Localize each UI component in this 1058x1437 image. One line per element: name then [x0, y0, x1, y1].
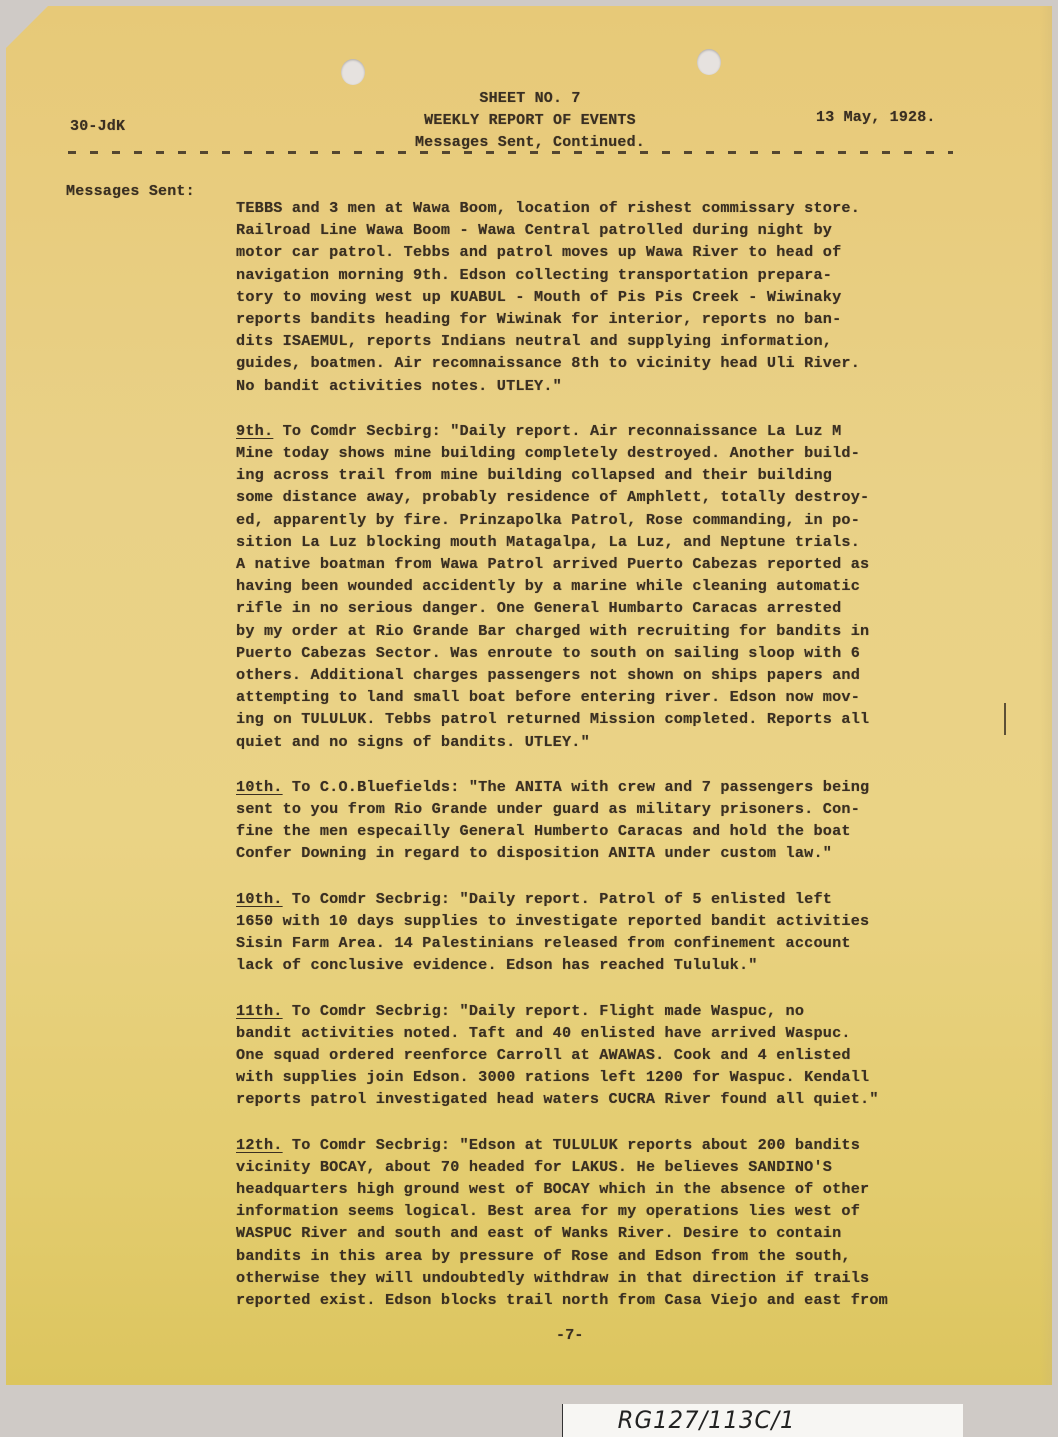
message-paragraph: 10th. To Comdr Secbrig: "Daily report. P… [236, 888, 1026, 977]
section-label: Messages Sent: [66, 183, 195, 200]
message-body: TEBBS and 3 men at Wawa Boom, location o… [236, 197, 1026, 1334]
dashed-divider [68, 151, 953, 154]
message-paragraph: 10th. To C.O.Bluefields: "The ANITA with… [236, 776, 1026, 865]
message-paragraph: TEBBS and 3 men at Wawa Boom, location o… [236, 197, 1026, 397]
document-header: SHEET NO. 7 WEEKLY REPORT OF EVENTS Mess… [320, 88, 740, 154]
message-day: 11th. [236, 1002, 283, 1020]
report-date: 13 May, 1928. [816, 109, 936, 126]
report-title: WEEKLY REPORT OF EVENTS [320, 110, 740, 132]
message-text: To Comdr Secbrig: "Daily report. Patrol … [236, 890, 869, 975]
message-day: 10th. [236, 778, 283, 796]
message-paragraph: 12th. To Comdr Secbrig: "Edson at TULULU… [236, 1134, 1026, 1312]
punch-hole-right [697, 49, 721, 75]
sheet-number: SHEET NO. 7 [320, 88, 740, 110]
page-number: -7- [556, 1327, 584, 1344]
archive-reference: RG127/113C/1 [618, 1406, 796, 1434]
message-text: TEBBS and 3 men at Wawa Boom, location o… [236, 199, 860, 395]
punch-hole-left [341, 59, 365, 85]
message-paragraph: 9th. To Comdr Secbirg: "Daily report. Ai… [236, 420, 1026, 753]
message-text: To C.O.Bluefields: "The ANITA with crew … [236, 778, 869, 863]
sheet-edge-shadow [1040, 6, 1052, 1385]
file-code: 30-JdK [70, 118, 125, 135]
pen-mark [1004, 703, 1006, 735]
message-day: 10th. [236, 890, 283, 908]
message-paragraph: 11th. To Comdr Secbrig: "Daily report. F… [236, 1000, 1026, 1111]
message-day: 9th. [236, 422, 273, 440]
message-text: To Comdr Secbrig: "Edson at TULULUK repo… [236, 1136, 888, 1309]
message-text: To Comdr Secbirg: "Daily report. Air rec… [236, 422, 869, 751]
message-text: To Comdr Secbrig: "Daily report. Flight … [236, 1002, 879, 1109]
message-day: 12th. [236, 1136, 283, 1154]
archive-label-card: RG127/113C/1 [562, 1404, 963, 1437]
